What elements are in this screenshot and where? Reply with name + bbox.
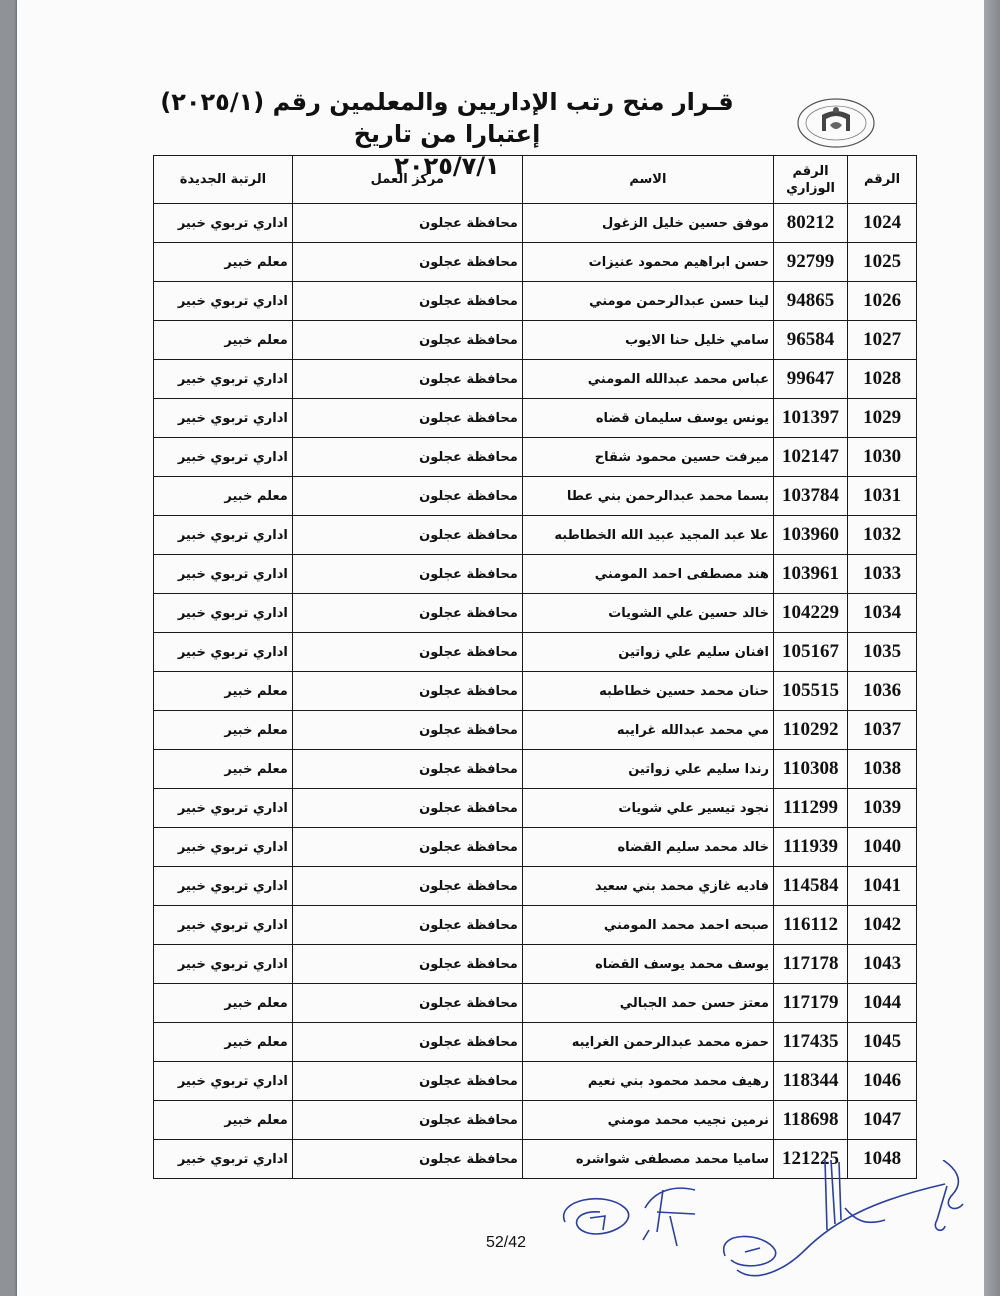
row-seq: 1044: [848, 984, 917, 1023]
table-row: 1035105167افنان سليم علي زواتينمحافظة عج…: [154, 633, 917, 672]
table-body: 102480212موفق حسين خليل الزغولمحافظة عجل…: [154, 204, 917, 1179]
table-row: 102480212موفق حسين خليل الزغولمحافظة عجل…: [154, 204, 917, 243]
row-new-rank: معلم خبير: [154, 243, 293, 282]
row-workplace: محافظة عجلون: [292, 204, 522, 243]
row-workplace: محافظة عجلون: [292, 1140, 522, 1179]
row-name: هند مصطفى احمد المومني: [522, 555, 773, 594]
row-name: مي محمد عبدالله غرايبه: [522, 711, 773, 750]
table-row: 1046118344رهيف محمد محمود بني نعيممحافظة…: [154, 1062, 917, 1101]
row-new-rank: اداري تربوي خبير: [154, 438, 293, 477]
row-ministry-id: 80212: [773, 204, 847, 243]
row-new-rank: اداري تربوي خبير: [154, 282, 293, 321]
row-ministry-id: 105515: [773, 672, 847, 711]
table-row: 1032103960علا عبد المجيد عبيد الله الخطا…: [154, 516, 917, 555]
row-seq: 1035: [848, 633, 917, 672]
header-new-rank: الرتبة الجديدة: [154, 156, 293, 204]
table-row: 1039111299نجود تيسير علي شوياتمحافظة عجل…: [154, 789, 917, 828]
table-row: 1033103961هند مصطفى احمد المومنيمحافظة ع…: [154, 555, 917, 594]
row-workplace: محافظة عجلون: [292, 828, 522, 867]
row-workplace: محافظة عجلون: [292, 789, 522, 828]
table-row: 1030102147ميرفت حسين محمود شقاحمحافظة عج…: [154, 438, 917, 477]
row-ministry-id: 116112: [773, 906, 847, 945]
row-new-rank: معلم خبير: [154, 750, 293, 789]
table-row: 102899647عباس محمد عبدالله المومنيمحافظة…: [154, 360, 917, 399]
table-row: 1034104229خالد حسين علي الشوياتمحافظة عج…: [154, 594, 917, 633]
table-row: 1031103784بسما محمد عبدالرحمن بني عطامحا…: [154, 477, 917, 516]
promotions-table: الرقم الرقم الوزاري الاسم مركز العمل الر…: [153, 155, 917, 1179]
row-ministry-id: 117178: [773, 945, 847, 984]
row-ministry-id: 96584: [773, 321, 847, 360]
row-name: صبحه احمد محمد المومني: [522, 906, 773, 945]
row-new-rank: اداري تربوي خبير: [154, 1062, 293, 1101]
row-new-rank: اداري تربوي خبير: [154, 867, 293, 906]
table-row: 102592799حسن ابراهيم محمود عنيزاتمحافظة …: [154, 243, 917, 282]
row-workplace: محافظة عجلون: [292, 672, 522, 711]
row-name: حنان محمد حسين خطاطبه: [522, 672, 773, 711]
row-workplace: محافظة عجلون: [292, 867, 522, 906]
row-name: يونس يوسف سليمان قضاه: [522, 399, 773, 438]
row-workplace: محافظة عجلون: [292, 945, 522, 984]
row-workplace: محافظة عجلون: [292, 1062, 522, 1101]
scanner-edge: [984, 0, 1000, 1296]
row-seq: 1027: [848, 321, 917, 360]
row-seq: 1039: [848, 789, 917, 828]
table-row: 1038110308رندا سليم علي زواتينمحافظة عجل…: [154, 750, 917, 789]
row-workplace: محافظة عجلون: [292, 438, 522, 477]
row-new-rank: معلم خبير: [154, 1101, 293, 1140]
row-workplace: محافظة عجلون: [292, 906, 522, 945]
table-header-row: الرقم الرقم الوزاري الاسم مركز العمل الر…: [154, 156, 917, 204]
row-seq: 1045: [848, 1023, 917, 1062]
row-ministry-id: 118698: [773, 1101, 847, 1140]
table-row: 1042116112صبحه احمد محمد المومنيمحافظة ع…: [154, 906, 917, 945]
table-row: 1041114584فاديه غازي محمد بني سعيدمحافظة…: [154, 867, 917, 906]
row-name: خالد حسين علي الشويات: [522, 594, 773, 633]
row-workplace: محافظة عجلون: [292, 633, 522, 672]
table-row: 1029101397يونس يوسف سليمان قضاهمحافظة عج…: [154, 399, 917, 438]
row-ministry-id: 103960: [773, 516, 847, 555]
row-new-rank: اداري تربوي خبير: [154, 789, 293, 828]
header-ministry-id: الرقم الوزاري: [773, 156, 847, 204]
row-new-rank: اداري تربوي خبير: [154, 945, 293, 984]
row-new-rank: معلم خبير: [154, 1023, 293, 1062]
row-seq: 1038: [848, 750, 917, 789]
row-workplace: محافظة عجلون: [292, 477, 522, 516]
row-new-rank: معلم خبير: [154, 321, 293, 360]
row-ministry-id: 117435: [773, 1023, 847, 1062]
header-name: الاسم: [522, 156, 773, 204]
row-seq: 1043: [848, 945, 917, 984]
row-new-rank: اداري تربوي خبير: [154, 828, 293, 867]
row-workplace: محافظة عجلون: [292, 555, 522, 594]
row-ministry-id: 102147: [773, 438, 847, 477]
row-ministry-id: 114584: [773, 867, 847, 906]
row-new-rank: معلم خبير: [154, 711, 293, 750]
row-name: فاديه غازي محمد بني سعيد: [522, 867, 773, 906]
row-workplace: محافظة عجلون: [292, 1023, 522, 1062]
table-row: 102694865لينا حسن عبدالرحمن مومنيمحافظة …: [154, 282, 917, 321]
row-new-rank: اداري تربوي خبير: [154, 399, 293, 438]
row-ministry-id: 117179: [773, 984, 847, 1023]
row-new-rank: معلم خبير: [154, 984, 293, 1023]
row-name: خالد محمد سليم القضاه: [522, 828, 773, 867]
row-workplace: محافظة عجلون: [292, 984, 522, 1023]
title-line-1: قـرار منح رتب الإداريين والمعلمين رقم (٢…: [137, 86, 757, 150]
row-new-rank: اداري تربوي خبير: [154, 906, 293, 945]
row-workplace: محافظة عجلون: [292, 1101, 522, 1140]
page-number: 52/42: [486, 1234, 526, 1252]
row-workplace: محافظة عجلون: [292, 360, 522, 399]
header-seq: الرقم: [848, 156, 917, 204]
row-seq: 1024: [848, 204, 917, 243]
row-seq: 1034: [848, 594, 917, 633]
row-seq: 1046: [848, 1062, 917, 1101]
row-workplace: محافظة عجلون: [292, 711, 522, 750]
row-seq: 1033: [848, 555, 917, 594]
row-name: لينا حسن عبدالرحمن مومني: [522, 282, 773, 321]
row-name: بسما محمد عبدالرحمن بني عطا: [522, 477, 773, 516]
row-seq: 1032: [848, 516, 917, 555]
row-ministry-id: 118344: [773, 1062, 847, 1101]
row-new-rank: اداري تربوي خبير: [154, 360, 293, 399]
row-workplace: محافظة عجلون: [292, 243, 522, 282]
row-ministry-id: 99647: [773, 360, 847, 399]
row-name: نرمين نجيب محمد مومني: [522, 1101, 773, 1140]
row-ministry-id: 94865: [773, 282, 847, 321]
row-name: عباس محمد عبدالله المومني: [522, 360, 773, 399]
row-new-rank: اداري تربوي خبير: [154, 516, 293, 555]
row-seq: 1041: [848, 867, 917, 906]
row-workplace: محافظة عجلون: [292, 516, 522, 555]
row-name: افنان سليم علي زواتين: [522, 633, 773, 672]
row-new-rank: اداري تربوي خبير: [154, 555, 293, 594]
row-new-rank: اداري تربوي خبير: [154, 633, 293, 672]
row-workplace: محافظة عجلون: [292, 399, 522, 438]
row-name: رهيف محمد محمود بني نعيم: [522, 1062, 773, 1101]
row-new-rank: معلم خبير: [154, 672, 293, 711]
row-ministry-id: 110308: [773, 750, 847, 789]
row-seq: 1040: [848, 828, 917, 867]
row-workplace: محافظة عجلون: [292, 321, 522, 360]
row-ministry-id: 104229: [773, 594, 847, 633]
row-workplace: محافظة عجلون: [292, 750, 522, 789]
row-name: علا عبد المجيد عبيد الله الخطاطبه: [522, 516, 773, 555]
table-row: 1036105515حنان محمد حسين خطاطبهمحافظة عج…: [154, 672, 917, 711]
table-row: 1043117178يوسف محمد يوسف القضاهمحافظة عج…: [154, 945, 917, 984]
row-ministry-id: 103961: [773, 555, 847, 594]
row-name: حمزه محمد عبدالرحمن الغرايبه: [522, 1023, 773, 1062]
row-name: يوسف محمد يوسف القضاه: [522, 945, 773, 984]
table-row: 1040111939خالد محمد سليم القضاهمحافظة عج…: [154, 828, 917, 867]
row-ministry-id: 92799: [773, 243, 847, 282]
row-ministry-id: 105167: [773, 633, 847, 672]
row-seq: 1047: [848, 1101, 917, 1140]
row-new-rank: اداري تربوي خبير: [154, 204, 293, 243]
row-seq: 1025: [848, 243, 917, 282]
row-seq: 1042: [848, 906, 917, 945]
row-seq: 1029: [848, 399, 917, 438]
row-seq: 1028: [848, 360, 917, 399]
table-row: 1037110292مي محمد عبدالله غرايبهمحافظة ع…: [154, 711, 917, 750]
row-ministry-id: 111939: [773, 828, 847, 867]
row-name: سامي خليل حنا الايوب: [522, 321, 773, 360]
table-row: 102796584سامي خليل حنا الايوبمحافظة عجلو…: [154, 321, 917, 360]
signatures-icon: [545, 1160, 985, 1296]
row-ministry-id: 110292: [773, 711, 847, 750]
row-name: موفق حسين خليل الزغول: [522, 204, 773, 243]
header-workplace: مركز العمل: [292, 156, 522, 204]
row-new-rank: اداري تربوي خبير: [154, 1140, 293, 1179]
row-seq: 1026: [848, 282, 917, 321]
row-new-rank: اداري تربوي خبير: [154, 594, 293, 633]
row-name: رندا سليم علي زواتين: [522, 750, 773, 789]
row-workplace: محافظة عجلون: [292, 282, 522, 321]
row-ministry-id: 103784: [773, 477, 847, 516]
row-ministry-id: 101397: [773, 399, 847, 438]
row-name: نجود تيسير علي شويات: [522, 789, 773, 828]
table-row: 1045117435حمزه محمد عبدالرحمن الغرايبهمح…: [154, 1023, 917, 1062]
row-seq: 1031: [848, 477, 917, 516]
row-ministry-id: 111299: [773, 789, 847, 828]
row-workplace: محافظة عجلون: [292, 594, 522, 633]
ministry-emblem-icon: [796, 97, 876, 149]
row-seq: 1036: [848, 672, 917, 711]
row-name: حسن ابراهيم محمود عنيزات: [522, 243, 773, 282]
row-new-rank: معلم خبير: [154, 477, 293, 516]
row-seq: 1030: [848, 438, 917, 477]
table-row: 1044117179معتز حسن حمد الجباليمحافظة عجل…: [154, 984, 917, 1023]
table-row: 1047118698نرمين نجيب محمد مومنيمحافظة عج…: [154, 1101, 917, 1140]
row-seq: 1037: [848, 711, 917, 750]
row-name: ميرفت حسين محمود شقاح: [522, 438, 773, 477]
row-name: معتز حسن حمد الجبالي: [522, 984, 773, 1023]
